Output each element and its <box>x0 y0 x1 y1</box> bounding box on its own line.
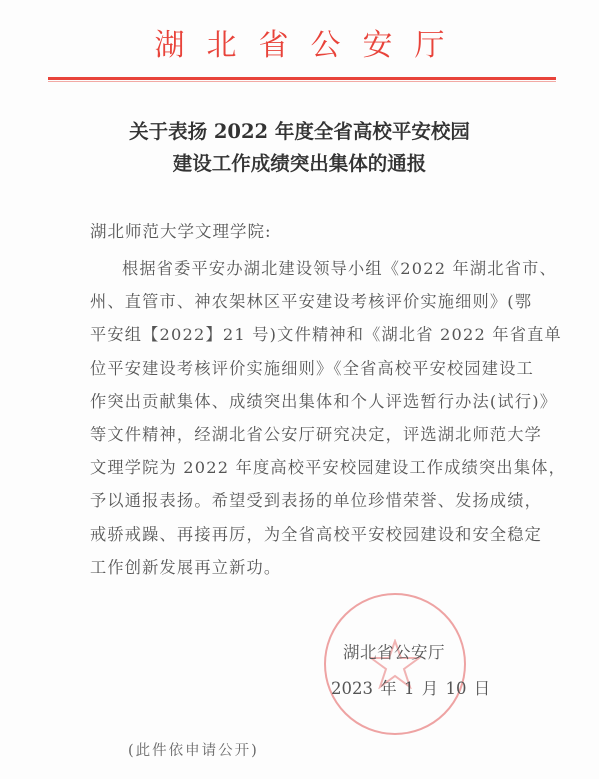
signature-date: 2023 年 1 月 10 日 <box>331 677 490 701</box>
issuer-header: 湖北省公安厅 <box>0 26 599 66</box>
body-line: 文理学院为 2022 年度高校平安校园建设工作成绩突出集体， <box>90 451 520 484</box>
body-line: 平安组【2022】21 号)文件精神和《湖北省 2022 年省直单 <box>90 318 520 351</box>
disclosure-note: (此件依申请公开) <box>128 740 259 762</box>
issuer-char: 湖 <box>155 26 185 66</box>
body-line: 等文件精神，经湖北省公安厅研究决定，评选湖北师范大学 <box>90 418 520 451</box>
document-title-line-1: 关于表扬 2022 年度全省高校平安校园 <box>0 117 599 147</box>
body-paragraph: 根据省委平安办湖北建设领导小组《2022 年湖北省市、 州、直管市、神农架林区平… <box>90 252 520 584</box>
issuer-char: 公 <box>311 26 341 66</box>
issuer-char: 北 <box>207 26 237 66</box>
signer-name: 湖北省公安厅 <box>343 641 445 665</box>
issuer-char: 厅 <box>415 26 445 66</box>
body-line: 戒骄戒躁、再接再厉，为全省高校平安校园建设和安全稳定 <box>90 518 520 551</box>
seal-arc-text: ⠀ <box>379 598 398 625</box>
issuer-char: 省 <box>259 26 289 66</box>
header-divider-thick <box>48 77 556 80</box>
body-line: 作突出贡献集体、成绩突出集体和个人评选暂行办法(试行)》 <box>90 385 520 418</box>
body-line: 根据省委平安办湖北建设领导小组《2022 年湖北省市、 <box>90 252 520 285</box>
issuer-char: 安 <box>363 26 393 66</box>
header-divider-thin <box>48 81 556 82</box>
document-title-line-2: 建设工作成绩突出集体的通报 <box>0 149 599 179</box>
salutation: 湖北师范大学文理学院: <box>90 219 272 245</box>
body-line: 予以通报表扬。希望受到表扬的单位珍惜荣誉、发扬成绩， <box>90 484 520 517</box>
body-line: 工作创新发展再立新功。 <box>90 551 520 584</box>
body-line: 位平安建设考核评价实施细则》《全省高校平安校园建设工 <box>90 352 520 385</box>
body-line: 州、直管市、神农架林区平安建设考核评价实施细则》(鄂 <box>90 285 520 318</box>
